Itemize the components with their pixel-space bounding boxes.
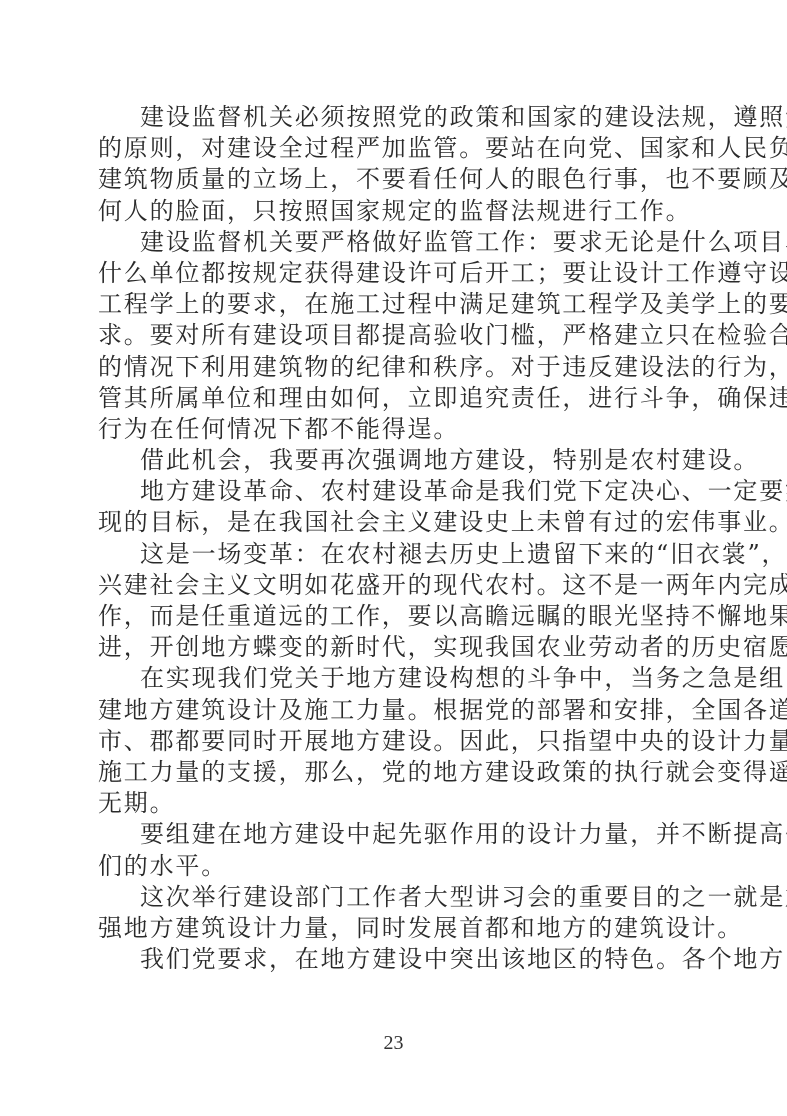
text-line: 这是一场变革：在农村褪去历史上遗留下来的“旧衣裳”， <box>98 539 698 570</box>
text-line: 施工力量的支援，那么，党的地方建设政策的执行就会变得遥遥 <box>98 757 698 788</box>
text-line: 建筑物质量的立场上，不要看任何人的眼色行事，也不要顾及任 <box>98 164 698 195</box>
text-line: 的原则，对建设全过程严加监管。要站在向党、国家和人民负责 <box>98 133 698 164</box>
text-line: 行为在任何情况下都不能得逞。 <box>98 414 698 445</box>
text-line: 强地方建筑设计力量，同时发展首都和地方的建筑设计。 <box>98 913 698 944</box>
text-line: 何人的脸面，只按照国家规定的监督法规进行工作。 <box>98 196 698 227</box>
text-line: 建设监督机关必须按照党的政策和国家的建设法规，遵照党 <box>98 102 698 133</box>
text-line: 现的目标，是在我国社会主义建设史上未曾有过的宏伟事业。 <box>98 507 698 538</box>
text-line: 求。要对所有建设项目都提高验收门槛，严格建立只在检验合格 <box>98 320 698 351</box>
document-page: 建设监督机关必须按照党的政策和国家的建设法规，遵照党 的原则，对建设全过程严加监… <box>0 0 787 1116</box>
text-line: 进，开创地方蝶变的新时代，实现我国农业劳动者的历史宿愿。 <box>98 632 698 663</box>
text-line: 要组建在地方建设中起先驱作用的设计力量，并不断提高他 <box>98 819 698 850</box>
text-line: 无期。 <box>98 788 698 819</box>
text-line: 地方建设革命、农村建设革命是我们党下定决心、一定要实 <box>98 476 698 507</box>
text-line: 市、郡都要同时开展地方建设。因此，只指望中央的设计力量和 <box>98 726 698 757</box>
text-line: 什么单位都按规定获得建设许可后开工；要让设计工作遵守设计 <box>98 258 698 289</box>
body-text: 建设监督机关必须按照党的政策和国家的建设法规，遵照党 的原则，对建设全过程严加监… <box>98 102 698 975</box>
text-line: 的情况下利用建筑物的纪律和秩序。对于违反建设法的行为，不 <box>98 352 698 383</box>
text-line: 兴建社会主义文明如花盛开的现代农村。这不是一两年内完成的工 <box>98 570 698 601</box>
text-line: 我们党要求，在地方建设中突出该地区的特色。各个地方的 <box>98 944 698 975</box>
text-line: 建设监督机关要严格做好监管工作：要求无论是什么项目、 <box>98 227 698 258</box>
page-number: 23 <box>0 1032 787 1055</box>
text-line: 工程学上的要求，在施工过程中满足建筑工程学及美学上的要 <box>98 289 698 320</box>
text-line: 作，而是任重道远的工作，要以高瞻远瞩的眼光坚持不懈地果断推 <box>98 601 698 632</box>
text-line: 借此机会，我要再次强调地方建设，特别是农村建设。 <box>98 445 698 476</box>
text-line: 这次举行建设部门工作者大型讲习会的重要目的之一就是加 <box>98 882 698 913</box>
text-line: 们的水平。 <box>98 851 698 882</box>
text-line: 在实现我们党关于地方建设构想的斗争中，当务之急是组 <box>98 663 698 694</box>
text-line: 管其所属单位和理由如何，立即追究责任，进行斗争，确保违法 <box>98 383 698 414</box>
text-line: 建地方建筑设计及施工力量。根据党的部署和安排，全国各道、 <box>98 695 698 726</box>
